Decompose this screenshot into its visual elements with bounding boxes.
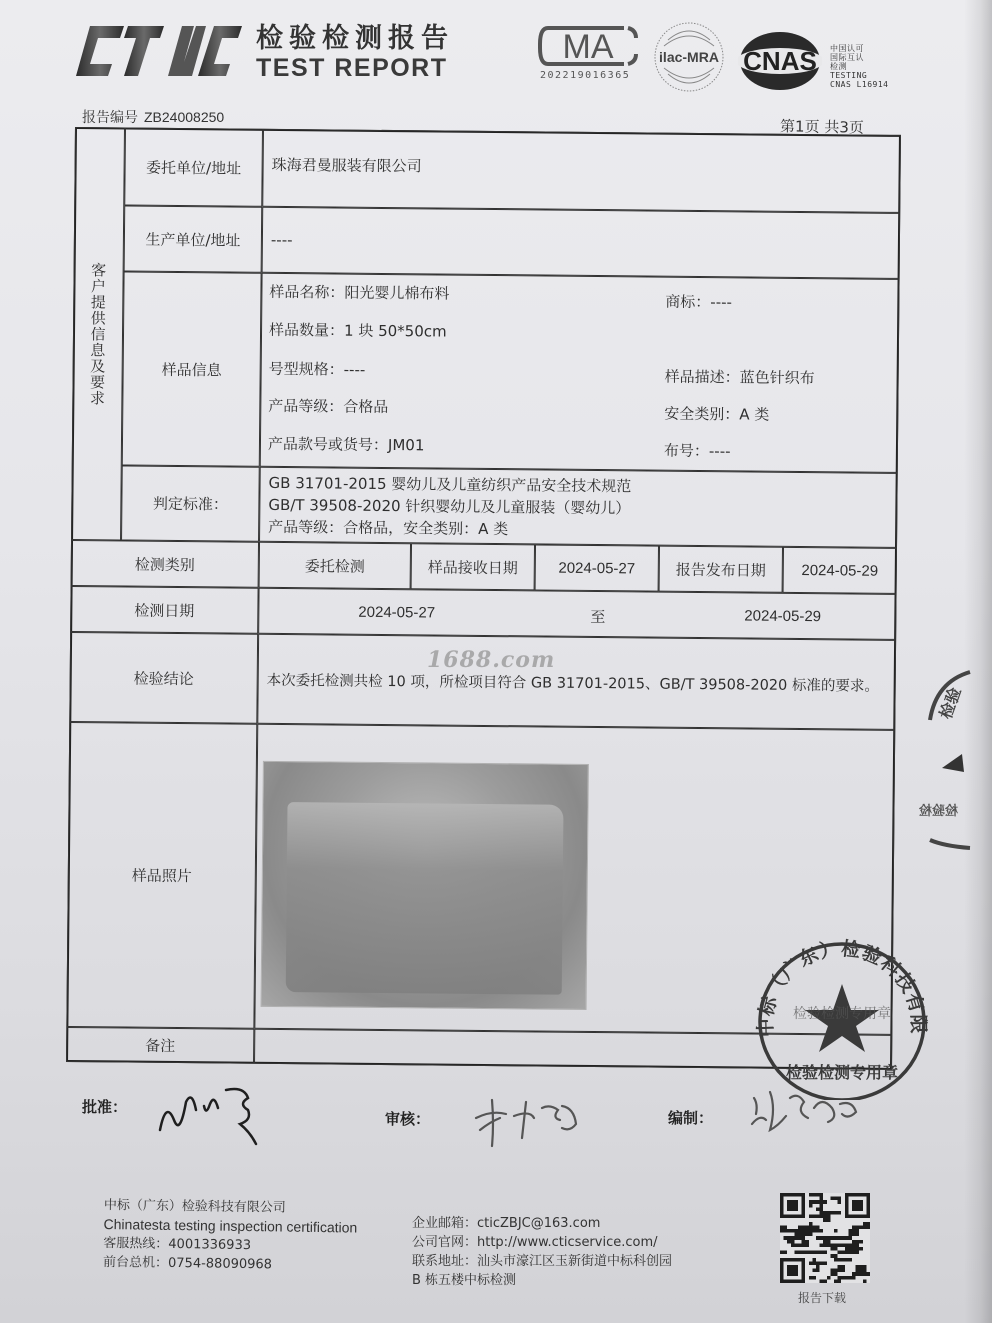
footer-email: 企业邮箱：cticZBJC@163.com [412,1214,672,1233]
received-date-label: 样品接收日期 [411,543,535,590]
footer-website: 公司官网：http://www.cticservice.com/ [412,1233,672,1252]
test-date-to: 2024-05-29 [744,607,821,625]
ilac-mra-icon: ilac-MRA [652,20,726,94]
sample-photo [261,761,589,1010]
ctic-logo [72,20,244,82]
section-label-client-info: 客户提供信息及要求 [71,127,125,540]
footer-company-info: 中标（广东）检验科技有限公司 Chinatesta testing inspec… [103,1196,358,1276]
sample-cloth-no: 布号：---- [664,440,731,462]
compile-label: 编制： [668,1107,713,1128]
cnas-line: 国际互认 [830,53,888,62]
compiler-signature [748,1078,868,1138]
sample-name: 样品名称：阳光婴儿棉布料 [269,281,449,304]
svg-text:ilac-MRA: ilac-MRA [659,49,719,65]
standard-label: 判定标准： [121,465,260,541]
cnas-line: 中国认可 [830,44,888,53]
report-title-cn: 检验检测报告 [256,16,454,55]
watermark: 1688.com [427,647,555,673]
standard-value: GB 31701-2015 婴幼儿及儿童纺织产品安全技术规范 GB/T 3950… [259,467,898,548]
cnas-line: CNAS L16914 [830,80,888,89]
sample-grade: 产品等级：合格品 [268,395,388,417]
sample-info-label: 样品信息 [122,271,262,466]
sample-model: 号型规格：---- [269,358,366,380]
test-date-to-label: 至 [590,606,605,627]
sample-description: 样品描述：蓝色针织布 [665,366,815,388]
reviewer-signature [470,1088,590,1148]
footer-address-line1: 联系地址：汕头市濠江区玉新街道中标科创园 [412,1252,672,1271]
sample-quantity: 样品数量：1 块 50*50cm [269,319,447,342]
report-number: 报告编号ZB24008250 [82,107,224,127]
footer-address-line2: B 栋五楼中标检测 [412,1271,672,1290]
producer-label: 生产单位/地址 [124,205,263,272]
sample-safety-class: 安全类别：A 类 [664,403,769,425]
test-type-label: 检测类别 [71,540,259,588]
approve-label: 批准： [82,1096,127,1117]
photo-label: 样品照片 [66,722,257,1029]
test-date-label: 检测日期 [70,586,258,634]
svg-text:CNAS: CNAS [743,46,817,76]
qr-code-icon[interactable] [780,1192,870,1284]
conclusion-label: 检验结论 [69,632,258,724]
report-table: 客户提供信息及要求 委托单位/地址 珠海君曼服装有限公司 生产单位/地址 ---… [66,127,901,1070]
report-title-en: TEST REPORT [256,54,448,83]
approver-signature [152,1080,272,1150]
seam-stamp-icon: 检验 检验检 [900,660,980,860]
sample-trademark: 商标：---- [665,291,732,313]
cnas-accreditation-text: 中国认可 国际互认 检测 TESTING CNAS L16914 [830,44,888,89]
cnas-line: TESTING [830,71,888,80]
received-date-value: 2024-05-27 [535,544,659,591]
sample-style-no: 产品款号或货号：JM01 [268,433,425,456]
report-number-value: ZB24008250 [144,109,224,125]
issued-date-value: 2024-05-29 [783,547,897,594]
test-date-from: 2024-05-27 [358,604,435,622]
svg-text:检验检测专用章: 检验检测专用章 [793,1005,891,1022]
cnas-logo-icon: CNAS [738,30,822,92]
conclusion-text: 本次委托检测共检 10 项，所检项目符合 GB 31701-2015、GB/T … [257,634,896,730]
test-type-value: 委托检测 [259,542,411,589]
remarks-label: 备注 [66,1027,254,1064]
footer-front-desk: 前台总机：0754-88090968 [103,1253,357,1276]
cma-number: 202219016365 [540,70,630,81]
cnas-line: 检测 [830,62,888,71]
report-number-label: 报告编号 [82,110,138,126]
svg-text:检验检: 检验检 [918,803,958,819]
entrust-label: 委托单位/地址 [124,127,263,206]
entrust-value: 珠海君曼服装有限公司 [262,129,901,213]
standard-line: 产品等级：合格品，安全类别：A 类 [268,515,508,539]
review-label: 审核： [385,1108,430,1129]
company-seal-icon: 中标（广东）检验科技有限公司 检验检测专用章 检验检测专用章 [752,932,932,1100]
cma-mark-icon: MA [538,20,638,92]
producer-value: ---- [262,207,901,279]
issued-date-label: 报告发布日期 [659,546,783,593]
qr-code-label: 报告下载 [798,1289,846,1306]
footer-contact-info: 企业邮箱：cticZBJC@163.com 公司官网：http://www.ct… [412,1214,672,1290]
svg-text:MA: MA [563,28,614,66]
fabric-sample-image [286,802,564,995]
